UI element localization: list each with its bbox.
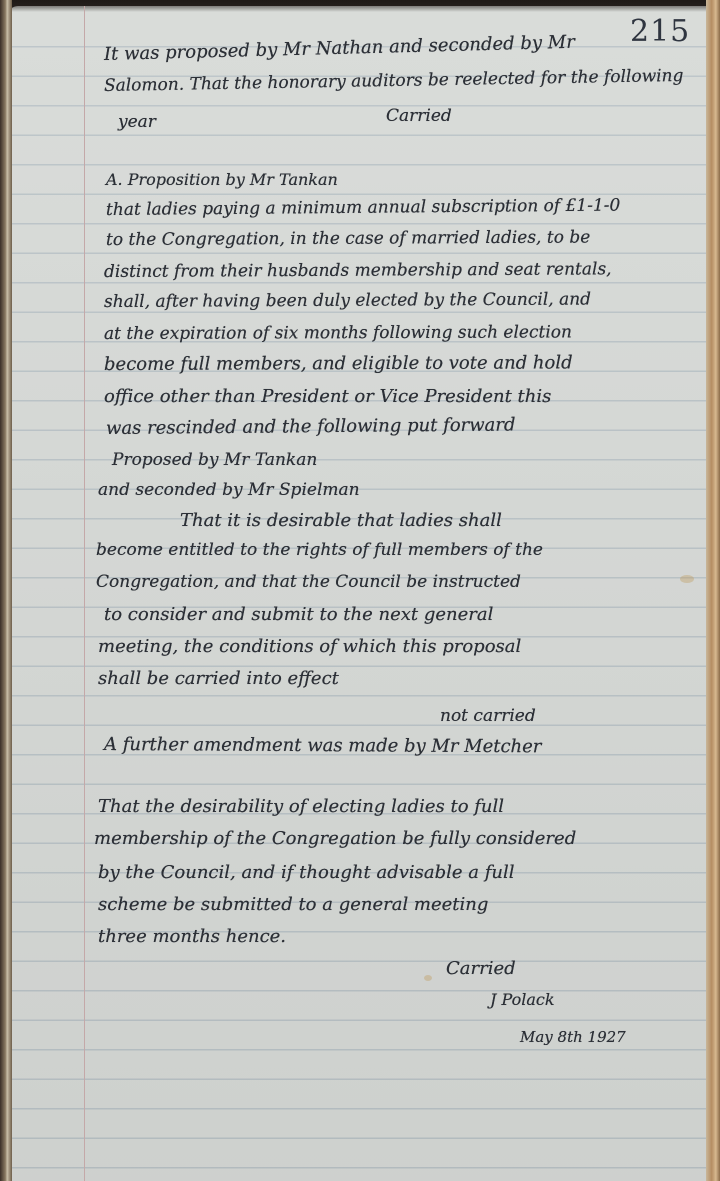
carried-note: Carried <box>446 958 516 979</box>
minute-line: become entitled to the rights of full me… <box>96 540 543 560</box>
minute-line: Carried <box>386 106 452 126</box>
minute-line: was rescinded and the following put forw… <box>106 414 516 439</box>
signature-date: May 8th 1927 <box>520 1028 626 1046</box>
minute-line: to consider and submit to the next gener… <box>104 604 493 625</box>
minute-line: by the Council, and if thought advisable… <box>98 862 515 883</box>
minute-line: A. Proposition by Mr Tankan <box>106 170 338 189</box>
minute-line: office other than President or Vice Pres… <box>104 386 551 407</box>
minute-line: to the Congregation, in the case of marr… <box>106 227 590 250</box>
minute-line: distinct from their husbands membership … <box>104 259 612 282</box>
minute-line: membership of the Congregation be fully … <box>94 828 576 849</box>
minute-line: A further amendment was made by Mr Metch… <box>104 734 542 757</box>
ink-stain <box>424 975 432 981</box>
book-page-edge <box>706 0 720 1181</box>
minute-line: three months hence. <box>98 926 286 947</box>
minute-line: shall be carried into effect <box>98 668 339 689</box>
book-top-shadow <box>0 0 720 12</box>
minute-line: become full members, and eligible to vot… <box>104 352 573 375</box>
minute-line: not carried <box>440 706 536 726</box>
minute-line: meeting, the conditions of which this pr… <box>98 636 521 657</box>
signature: J Polack <box>490 990 555 1009</box>
minute-line: That it is desirable that ladies shall <box>180 510 502 531</box>
minute-line: That the desirability of electing ladies… <box>98 796 504 817</box>
minute-line: Congregation, and that the Council be in… <box>96 572 521 592</box>
minute-line: and seconded by Mr Spielman <box>98 480 360 500</box>
minute-line: Proposed by Mr Tankan <box>112 450 317 470</box>
minute-line: year <box>118 112 156 132</box>
page-number: 215 <box>630 14 690 49</box>
minute-line: at the expiration of six months followin… <box>104 322 572 344</box>
ink-stain <box>680 575 694 583</box>
book-binding <box>0 0 12 1181</box>
minute-line: shall, after having been duly elected by… <box>104 289 591 312</box>
minute-line: scheme be submitted to a general meeting <box>98 894 488 915</box>
margin-rule <box>84 6 85 1181</box>
